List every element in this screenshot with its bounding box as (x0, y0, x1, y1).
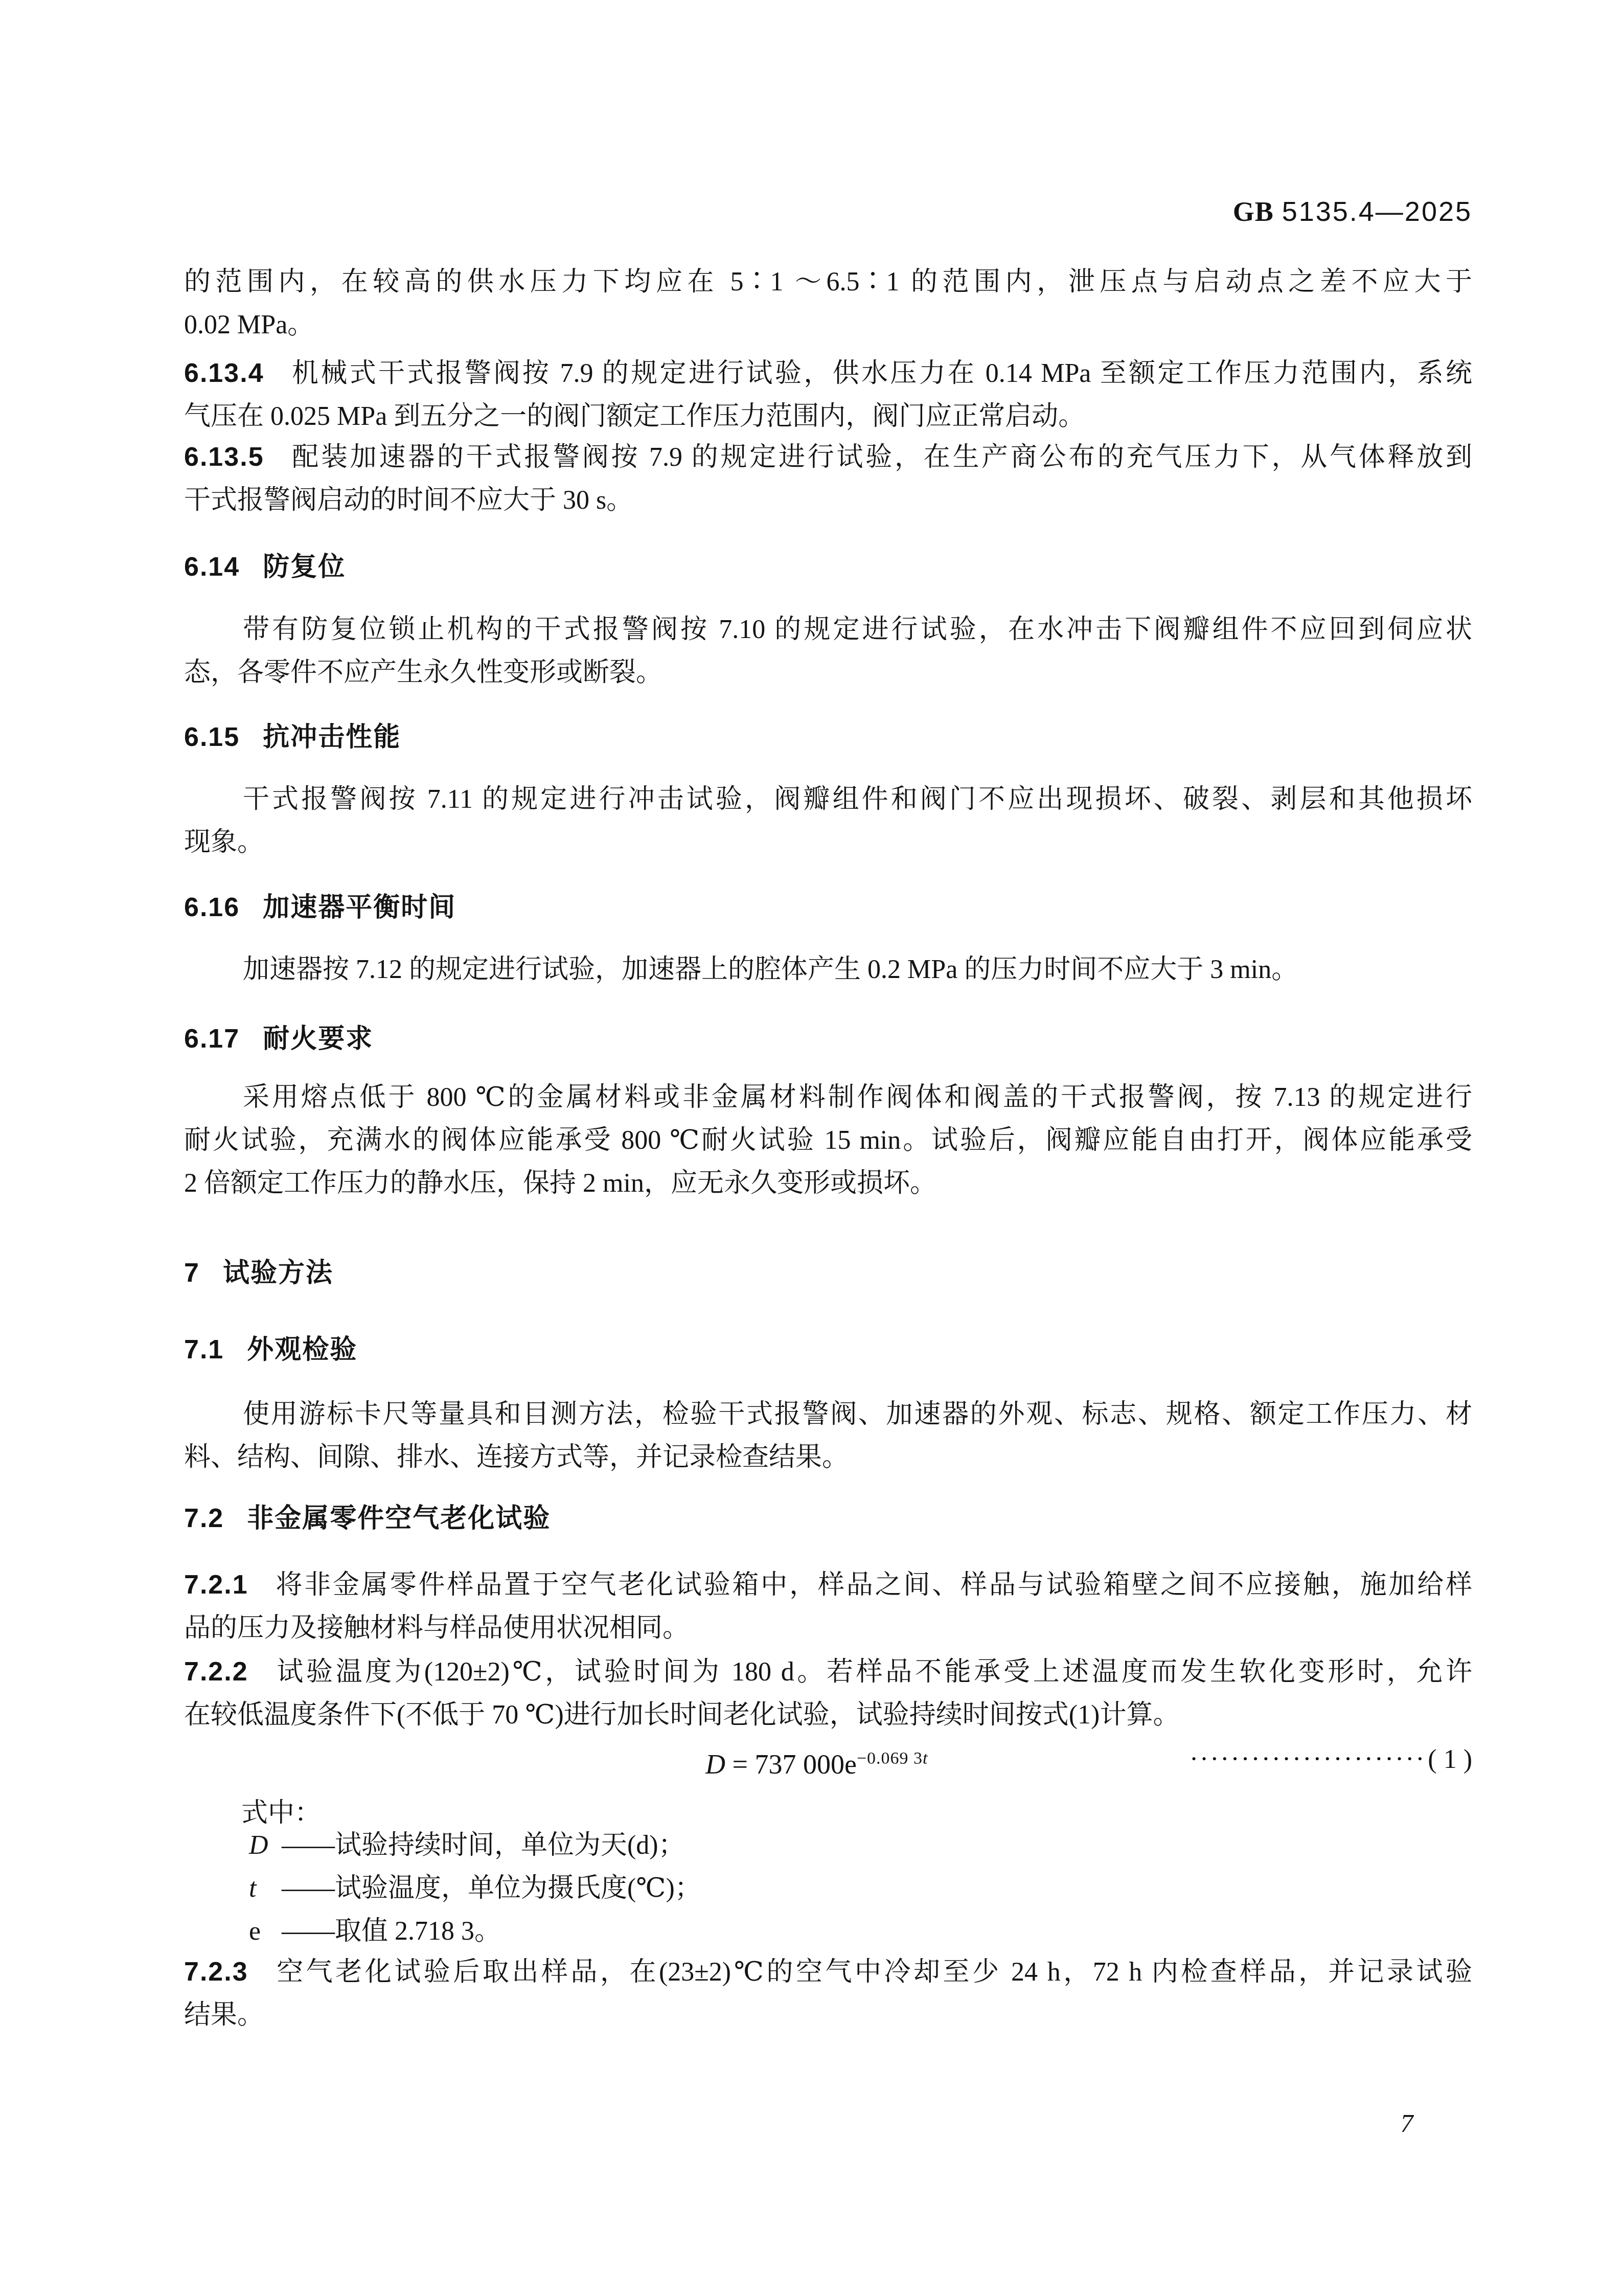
paragraph-continuation: 的范围内，在较高的供水压力下均应在 5∶1 ～6.5∶1 的范围内，泄压点与启动… (184, 261, 1472, 347)
doc-number: GB5135.4—2025 (184, 197, 1472, 226)
clause-number: 7.2.3 (184, 1957, 248, 1987)
symbol-definitions: D——试验持续时间，单位为天(d)； t——试验温度，单位为摄氏度(℃)； e—… (184, 1824, 1472, 1953)
clause-number: 6.13.5 (184, 442, 264, 472)
clause-text: 试验温度为(120±2)℃，试验时间为 180 d。若样品不能承受上述温度而发生… (274, 1657, 1472, 1687)
heading-title: 抗冲击性能 (263, 722, 401, 752)
clause-text: 配装加速器的干式报警阀按 7.9 的规定进行试验，在生产商公布的充气压力下，从气… (290, 443, 1472, 472)
paragraph-line: 的范围内，在较高的供水压力下均应在 5∶1 ～6.5∶1 的范围内，泄压点与启动… (184, 261, 1472, 304)
equation-1: D = 737 000e−0.069 3t ••••••••••••••••••… (184, 1737, 1472, 1780)
heading-chapter-7: 7试验方法 (184, 1252, 1472, 1294)
heading-title: 耐火要求 (263, 1024, 373, 1054)
symbol: t (249, 1867, 282, 1910)
heading-6-14: 6.14防复位 (184, 545, 1472, 588)
paragraph-line: 0.02 MPa。 (184, 304, 1472, 347)
clause-line: 气压在 0.025 MPa 到五分之一的阀门额定工作压力范围内，阀门应正常启动。 (184, 395, 1472, 438)
symbol: D (249, 1824, 282, 1867)
paragraph-6-14: 带有防复位锁止机构的干式报警阀按 7.10 的规定进行试验，在水冲击下阀瓣组件不… (184, 608, 1472, 694)
heading-title: 试验方法 (223, 1258, 333, 1288)
paragraph-line: 干式报警阀按 7.11 的规定进行冲击试验，阀瓣组件和阀门不应出现损坏、破裂、剥… (184, 778, 1472, 821)
clause-line: 在较低温度条件下(不低于 70 ℃)进行加长时间老化试验，试验持续时间按式(1)… (184, 1694, 1472, 1737)
clause-7-2-2: 7.2.2试验温度为(120±2)℃，试验时间为 180 d。若样品不能承受上述… (184, 1650, 1472, 1737)
clause-7-2-1: 7.2.1将非金属零件样品置于空气老化试验箱中，样品之间、样品与试验箱壁之间不应… (184, 1563, 1472, 1650)
clause-line: 6.13.5配装加速器的干式报警阀按 7.9 的规定进行试验，在生产商公布的充气… (184, 436, 1472, 479)
clause-line: 7.2.2试验温度为(120±2)℃，试验时间为 180 d。若样品不能承受上述… (184, 1650, 1472, 1694)
exponent-variable: t (923, 1749, 928, 1768)
heading-number: 6.15 (184, 722, 240, 752)
paragraph-7-1: 使用游标卡尺等量具和目测方法，检验干式报警阀、加速器的外观、标志、规格、额定工作… (184, 1393, 1472, 1479)
paragraph-6-17: 采用熔点低于 800 ℃的金属材料或非金属材料制作阀体和阀盖的干式报警阀，按 7… (184, 1076, 1472, 1205)
definition-t: t——试验温度，单位为摄氏度(℃)； (184, 1867, 1472, 1910)
doc-number-prefix: GB (1233, 196, 1274, 227)
heading-title: 加速器平衡时间 (263, 893, 456, 922)
exponent-coefficient: −0.069 3 (857, 1749, 923, 1768)
definition-D: D——试验持续时间，单位为天(d)； (184, 1824, 1472, 1867)
heading-title: 外观检验 (247, 1335, 357, 1365)
clause-text: 空气老化试验后取出样品，在(23±2)℃的空气中冷却至少 24 h，72 h 内… (274, 1958, 1472, 1987)
heading-6-17: 6.17耐火要求 (184, 1017, 1472, 1060)
clause-line: 品的压力及接触材料与样品使用状况相同。 (184, 1607, 1472, 1650)
page-number: 7 (1386, 2108, 1427, 2138)
heading-title: 非金属零件空气老化试验 (247, 1504, 551, 1533)
clause-number: 7.2.2 (184, 1657, 248, 1687)
heading-number: 6.17 (184, 1024, 240, 1054)
clause-6-13-5: 6.13.5配装加速器的干式报警阀按 7.9 的规定进行试验，在生产商公布的充气… (184, 436, 1472, 522)
clause-6-13-4: 6.13.4机械式干式报警阀按 7.9 的规定进行试验，供水压力在 0.14 M… (184, 352, 1472, 438)
symbol-description: ——取值 2.718 3。 (282, 1917, 501, 1946)
paragraph-line: 加速器按 7.12 的规定进行试验，加速器上的腔体产生 0.2 MPa 的压力时… (184, 948, 1472, 991)
dot-leader: ••••••••••••••••••••••• (1192, 1752, 1428, 1766)
heading-7-2: 7.2非金属零件空气老化试验 (184, 1497, 1472, 1540)
doc-number-value: 5135.4—2025 (1282, 196, 1472, 227)
equation-number: ( 1 ) (1428, 1745, 1472, 1774)
heading-6-15: 6.15抗冲击性能 (184, 716, 1472, 759)
symbol: e (249, 1910, 282, 1953)
paragraph-line: 采用熔点低于 800 ℃的金属材料或非金属材料制作阀体和阀盖的干式报警阀，按 7… (184, 1076, 1472, 1119)
heading-number: 6.16 (184, 893, 240, 922)
paragraph-line: 耐火试验，充满水的阀体应能承受 800 ℃耐火试验 15 min。试验后，阀瓣应… (184, 1119, 1472, 1162)
heading-number: 7.1 (184, 1335, 224, 1365)
equation-exponent: −0.069 3t (857, 1749, 928, 1768)
clause-text: 机械式干式报警阀按 7.9 的规定进行试验，供水压力在 0.14 MPa 至额定… (290, 359, 1472, 388)
heading-number: 7.2 (184, 1504, 224, 1533)
heading-number: 6.14 (184, 552, 240, 582)
heading-number: 7 (184, 1258, 200, 1288)
equation-variable: D (705, 1749, 725, 1780)
heading-title: 防复位 (263, 552, 346, 582)
clause-line: 结果。 (184, 1994, 1472, 2037)
clause-line: 干式报警阀启动的时间不应大于 30 s。 (184, 479, 1472, 522)
equation-expression: D = 737 000e−0.069 3t (705, 1737, 928, 1786)
symbol-description: ——试验温度，单位为摄氏度(℃)； (282, 1874, 701, 1903)
symbol-description: ——试验持续时间，单位为天(d)； (282, 1831, 685, 1860)
clause-line: 7.2.3空气老化试验后取出样品，在(23±2)℃的空气中冷却至少 24 h，7… (184, 1950, 1472, 1994)
equation-rhs: = 737 000e (725, 1749, 857, 1780)
clause-number: 6.13.4 (184, 358, 264, 388)
clause-line: 7.2.1将非金属零件样品置于空气老化试验箱中，样品之间、样品与试验箱壁之间不应… (184, 1563, 1472, 1607)
document-page: GB5135.4—2025 的范围内，在较高的供水压力下均应在 5∶1 ～6.5… (0, 0, 1623, 2296)
clause-7-2-3: 7.2.3空气老化试验后取出样品，在(23±2)℃的空气中冷却至少 24 h，7… (184, 1950, 1472, 2037)
heading-7-1: 7.1外观检验 (184, 1328, 1472, 1371)
paragraph-line: 料、结构、间隙、排水、连接方式等，并记录检查结果。 (184, 1436, 1472, 1479)
paragraph-6-16: 加速器按 7.12 的规定进行试验，加速器上的腔体产生 0.2 MPa 的压力时… (184, 948, 1472, 991)
paragraph-6-15: 干式报警阀按 7.11 的规定进行冲击试验，阀瓣组件和阀门不应出现损坏、破裂、剥… (184, 778, 1472, 864)
paragraph-line: 态，各零件不应产生永久性变形或断裂。 (184, 651, 1472, 694)
paragraph-line: 带有防复位锁止机构的干式报警阀按 7.10 的规定进行试验，在水冲击下阀瓣组件不… (184, 608, 1472, 651)
definition-e: e——取值 2.718 3。 (184, 1910, 1472, 1953)
paragraph-line: 2 倍额定工作压力的静水压，保持 2 min，应无永久变形或损坏。 (184, 1162, 1472, 1205)
heading-6-16: 6.16加速器平衡时间 (184, 886, 1472, 929)
paragraph-line: 现象。 (184, 821, 1472, 864)
clause-line: 6.13.4机械式干式报警阀按 7.9 的规定进行试验，供水压力在 0.14 M… (184, 352, 1472, 395)
equation-reference: •••••••••••••••••••••••( 1 ) (1192, 1737, 1472, 1781)
clause-number: 7.2.1 (184, 1570, 248, 1600)
paragraph-line: 使用游标卡尺等量具和目测方法，检验干式报警阀、加速器的外观、标志、规格、额定工作… (184, 1393, 1472, 1436)
clause-text: 将非金属零件样品置于空气老化试验箱中，样品之间、样品与试验箱壁之间不应接触，施加… (274, 1571, 1472, 1600)
